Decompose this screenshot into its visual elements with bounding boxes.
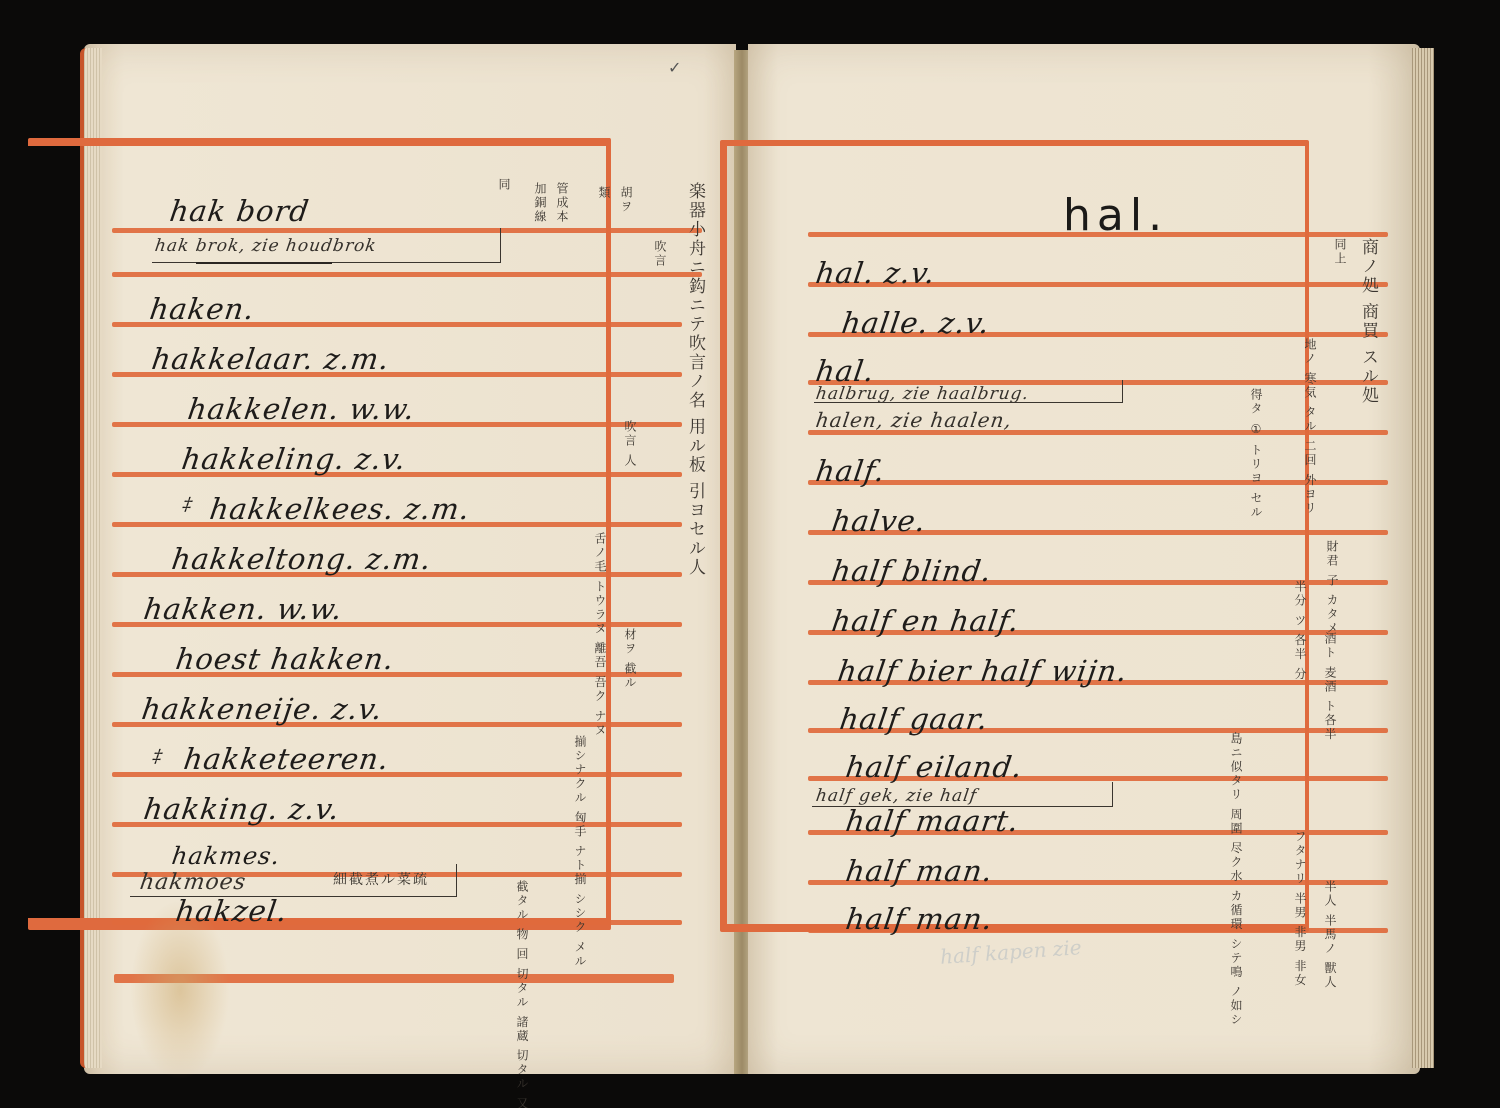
ruling-line: [112, 272, 702, 277]
headword: half eiland.: [844, 750, 1025, 784]
headword: haken.: [148, 292, 257, 326]
gloss-japanese: 島ニ似タリ 周圍 尽ク水 カ循環 シテ鳴 ノ如シ: [1226, 732, 1246, 782]
ruling-line: [808, 480, 1388, 485]
header-column-japanese: 管成本: [552, 182, 572, 238]
gloss-japanese: 楽器小舟ニ鈎ニテ吹言ノ名 用ル板 引ヨセル人: [685, 182, 705, 822]
gloss-japanese: 同上: [1330, 238, 1350, 298]
headword: hakken. w.w.: [142, 592, 345, 626]
gloss-japanese: 吹言: [650, 240, 670, 360]
bracket: [814, 380, 1123, 403]
headword: half bier half wijn.: [836, 654, 1130, 688]
headword: hakkeneije. z.v.: [140, 692, 385, 726]
gloss-japanese: 舌ノ毛 トウラヌ 離吾 吾ク ナヌ: [590, 532, 610, 602]
headword: hakkelaar. z.m.: [150, 342, 392, 376]
headword: hakkeling. z.v.: [180, 442, 409, 476]
headword: hoest hakken.: [174, 642, 397, 676]
page-edge-right: [1412, 48, 1434, 1068]
headword: hal. z.v.: [814, 256, 938, 290]
gloss-japanese: 酒ト 麦酒 ト各半: [1320, 632, 1340, 692]
headword: half man.: [844, 854, 996, 888]
headword: hakkelkees. z.m.: [208, 492, 473, 526]
headword: half man.: [844, 902, 996, 936]
headword: hakkelen. w.w.: [186, 392, 418, 426]
cross-reference: halen, zie haalen,: [814, 408, 1013, 432]
gloss-japanese: 地ノ 寒気 タル 二回 外ヨリ: [1300, 338, 1320, 418]
header-column-japanese: 胡ヲ: [616, 186, 636, 256]
gloss-japanese: 商ノ処 商買 スル処: [1358, 238, 1378, 898]
headword: hakketeeren.: [182, 742, 392, 776]
gloss-japanese: 半人 半馬ノ 獸人: [1320, 880, 1340, 930]
underline: [196, 262, 332, 264]
headword: hakkeltong. z.m.: [170, 542, 434, 576]
headword: halle. z.v.: [840, 306, 993, 340]
gloss-japanese: 截タル 物 回 切タル 諸蔵 切タル 又 菜: [512, 880, 532, 940]
bracket: [152, 228, 501, 263]
headword: half maart.: [844, 804, 1022, 838]
header-column-japanese: 加銅線: [530, 182, 550, 238]
headword: halve.: [830, 504, 929, 538]
gloss-japanese: フタナリ 半男 非男 非女: [1290, 830, 1310, 880]
headword: half blind.: [830, 554, 995, 588]
gloss-japanese: 材ヲ 截ル: [620, 628, 640, 688]
headword: hak bord: [168, 194, 312, 228]
headword: half en half.: [830, 604, 1022, 638]
gloss-japanese: 半分 ツ 各半 分: [1290, 580, 1310, 640]
gloss-japanese: 揃シナクル 匈手 ナト揃 シシク メル: [570, 735, 590, 795]
gloss-japanese: 細截煮ル菜疏: [333, 870, 429, 890]
headword: half gaar.: [838, 702, 991, 736]
gloss-japanese: 吹言 人: [620, 420, 640, 500]
gloss-japanese: 財君 子 カタメ: [1322, 540, 1342, 590]
running-head: hal.: [1063, 190, 1168, 241]
headword: hakzel.: [174, 894, 290, 928]
gloss-japanese: 得タ ① トリヨ セル: [1246, 388, 1266, 448]
header-column-japanese: 類: [594, 186, 614, 256]
header-column-japanese: 同: [494, 178, 514, 234]
headword: half.: [814, 454, 888, 488]
headword: hakking. z.v.: [142, 792, 343, 826]
check-mark: ✓: [668, 58, 681, 77]
